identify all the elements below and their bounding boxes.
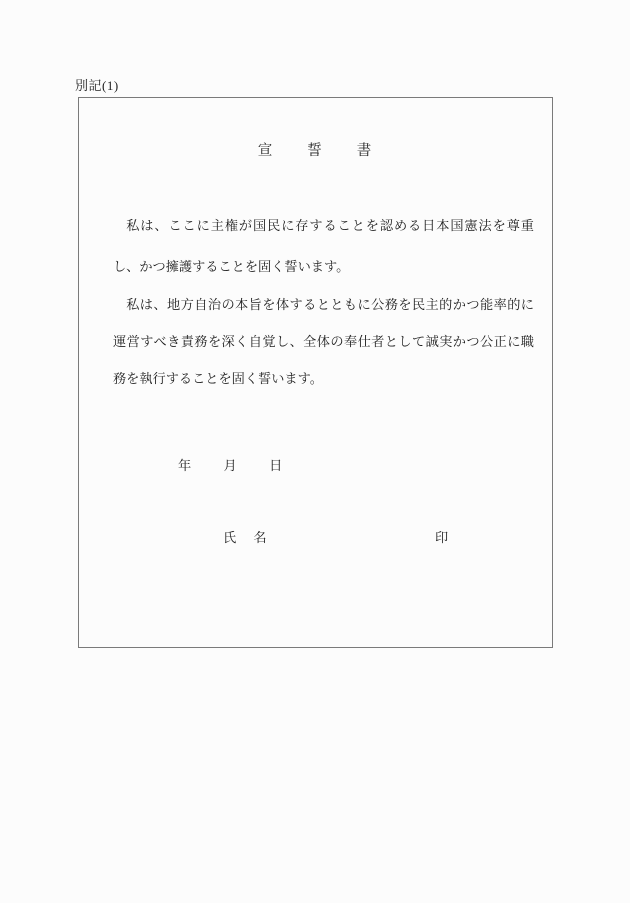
oath-paragraph1-line2: し、かつ擁護することを固く誓います。 — [113, 258, 534, 276]
date-line: 年 月 日 — [178, 455, 284, 474]
oath-paragraph2-line3: 務を執行することを固く誓います。 — [113, 370, 534, 388]
oath-paragraph2-line1: 私は、地方自治の本旨を体するとともに公務を民主的かつ能率的に — [113, 296, 534, 314]
oath-paragraph1-line1: 私は、ここに主権が国民に存することを認める日本国憲法を尊重 — [113, 217, 534, 235]
document-page: 別記(1) 宣 誓 書 私は、ここに主権が国民に存することを認める日本国憲法を尊… — [0, 0, 630, 903]
attachment-label: 別記(1) — [75, 75, 119, 94]
document-title: 宣 誓 書 — [79, 139, 552, 160]
oath-paragraph2-line2: 運営すべき責務を深く自覚し、全体の奉仕者として誠実かつ公正に職 — [113, 333, 534, 351]
name-label: 氏 名 — [223, 527, 269, 546]
seal-label: 印 — [435, 527, 448, 546]
oath-form-box: 宣 誓 書 私は、ここに主権が国民に存することを認める日本国憲法を尊重 し、かつ… — [78, 97, 553, 648]
